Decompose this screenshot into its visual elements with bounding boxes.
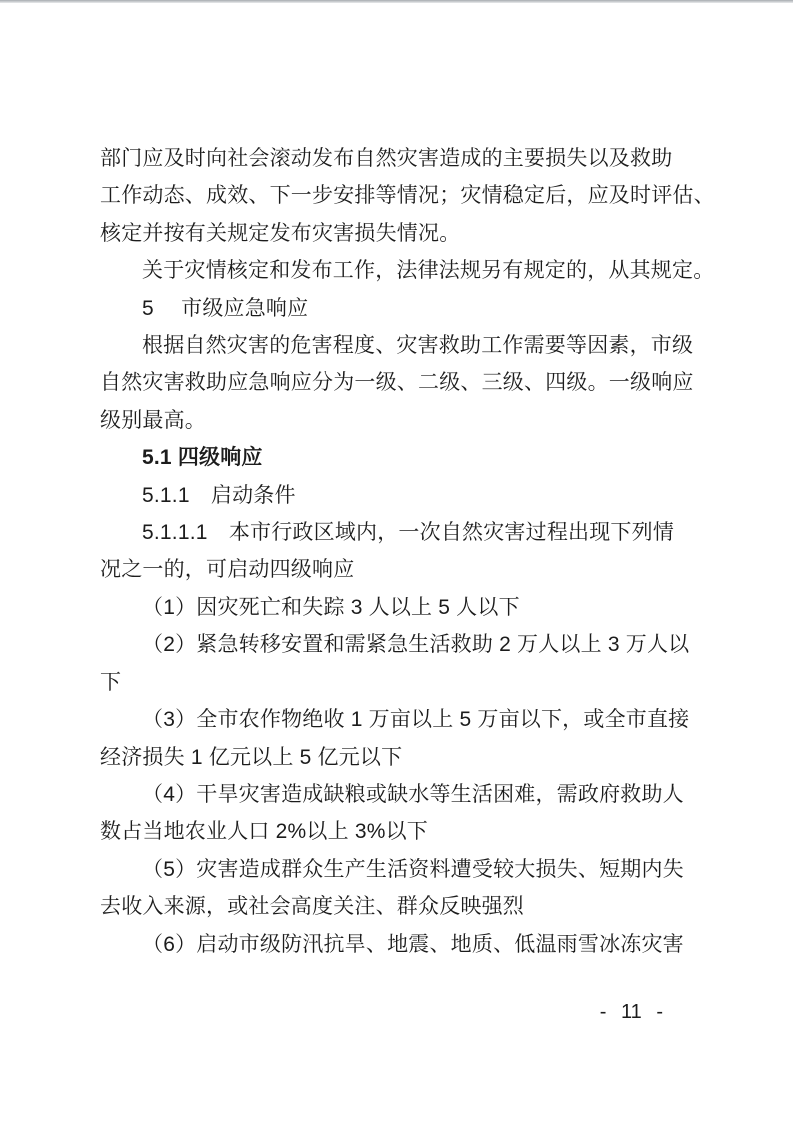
document-body: 部门应及时向社会滚动发布自然灾害造成的主要损失以及救助 工作动态、成效、下一步安…	[100, 140, 702, 963]
section-5-1-1-1-line: 5.1.1.1 本市行政区域内，一次自然灾害过程出现下列情	[100, 514, 702, 551]
body-text-line: 工作动态、成效、下一步安排等情况；灾情稳定后，应及时评估、	[100, 177, 702, 214]
list-item-2-line: 下	[100, 664, 702, 701]
section-5-1-1-heading: 5.1.1 启动条件	[100, 477, 702, 514]
list-item-1-line: （1）因灾死亡和失踪 3 人以上 5 人以下	[100, 589, 702, 626]
list-item-5-line: 去收入来源，或社会高度关注、群众反映强烈	[100, 888, 702, 925]
list-item-3-line: 经济损失 1 亿元以上 5 亿元以下	[100, 739, 702, 776]
list-item-3-line: （3）全市农作物绝收 1 万亩以上 5 万亩以下，或全市直接	[100, 701, 702, 738]
scan-top-edge-artifact	[0, 0, 793, 3]
document-page: 部门应及时向社会滚动发布自然灾害造成的主要损失以及救助 工作动态、成效、下一步安…	[0, 0, 793, 1122]
list-item-2-line: （2）紧急转移安置和需紧急生活救助 2 万人以上 3 万人以	[100, 626, 702, 663]
body-text-line: 根据自然灾害的危害程度、灾害救助工作需要等因素，市级	[100, 327, 702, 364]
list-item-4-line: （4）干旱灾害造成缺粮或缺水等生活困难，需政府救助人	[100, 776, 702, 813]
body-text-line: 级别最高。	[100, 402, 702, 439]
body-text-line: 自然灾害救助应急响应分为一级、二级、三级、四级。一级响应	[100, 364, 702, 401]
page-number: - 11 -	[600, 1000, 663, 1024]
section-5-heading: 5 市级应急响应	[100, 290, 702, 327]
body-text-line: 关于灾情核定和发布工作，法律法规另有规定的，从其规定。	[100, 252, 702, 289]
section-5-1-heading: 5.1 四级响应	[100, 439, 702, 476]
body-text-line: 核定并按有关规定发布灾害损失情况。	[100, 215, 702, 252]
body-text-line: 部门应及时向社会滚动发布自然灾害造成的主要损失以及救助	[100, 140, 702, 177]
body-text-line: 况之一的，可启动四级响应	[100, 551, 702, 588]
list-item-4-line: 数占当地农业人口 2%以上 3%以下	[100, 813, 702, 850]
list-item-6-line: （6）启动市级防汛抗旱、地震、地质、低温雨雪冰冻灾害	[100, 926, 702, 963]
list-item-5-line: （5）灾害造成群众生产生活资料遭受较大损失、短期内失	[100, 851, 702, 888]
